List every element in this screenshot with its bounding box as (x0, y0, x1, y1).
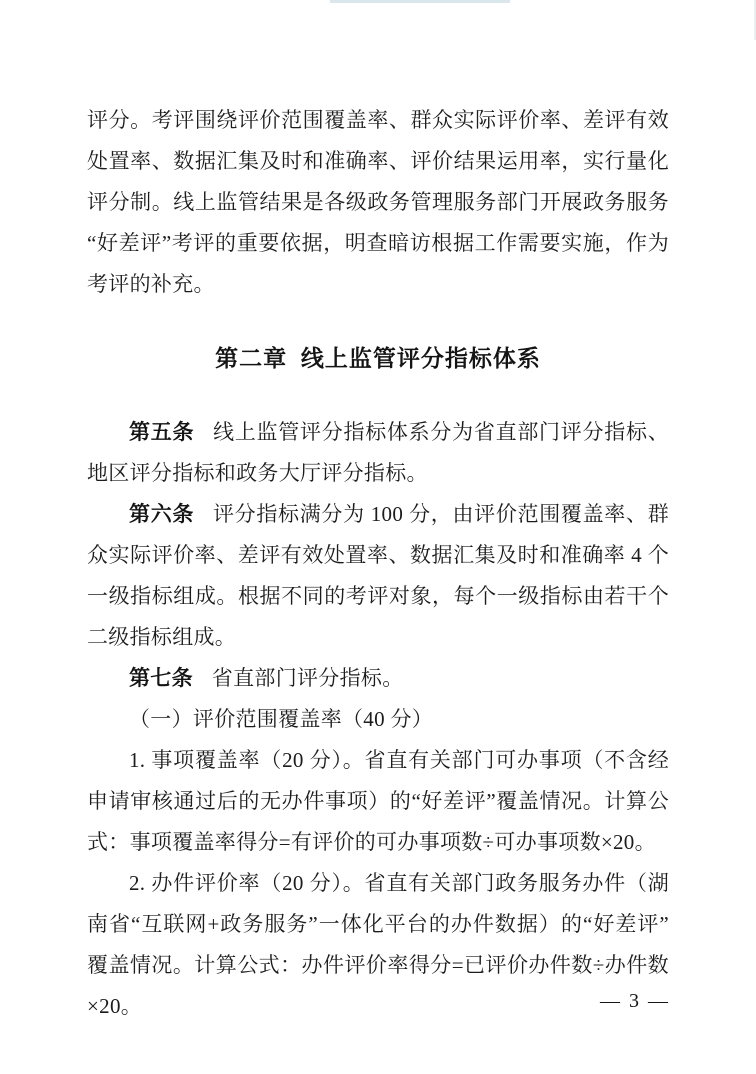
chapter-number: 第二章 (215, 345, 287, 371)
article-7-label: 第七条 (129, 667, 193, 690)
article-6-label: 第六条 (129, 503, 194, 526)
article-6-paragraph: 第六条评分指标满分为 100 分，由评价范围覆盖率、群众实际评价率、差评有效处置… (87, 494, 669, 658)
article-5-paragraph: 第五条线上监管评分指标体系分为省直部门评分指标、地区评分指标和政务大厅评分指标。 (87, 412, 669, 494)
scan-artifact-top-edge (330, 0, 510, 3)
scanned-document-page: 评分。考评围绕评价范围覆盖率、群众实际评价率、差评有效处置率、数据汇集及时和准确… (0, 0, 756, 1074)
page-number: — 3 — (600, 990, 670, 1013)
numbered-item-2: 2. 办件评价率（20 分）。省直有关部门政务服务办件（湖南省“互联网+政务服务… (87, 863, 669, 1027)
article-7-paragraph: 第七条省直部门评分指标。 (87, 658, 669, 699)
chapter-title: 线上监管评分指标体系 (301, 345, 541, 371)
document-body: 评分。考评围绕评价范围覆盖率、群众实际评价率、差评有效处置率、数据汇集及时和准确… (87, 100, 669, 1027)
numbered-item-1: 1. 事项覆盖率（20 分）。省直有关部门可办事项（不含经申请审核通过后的无办件… (87, 740, 669, 863)
section-item-paragraph: （一）评价范围覆盖率（40 分） (87, 699, 669, 740)
intro-paragraph: 评分。考评围绕评价范围覆盖率、群众实际评价率、差评有效处置率、数据汇集及时和准确… (87, 100, 669, 305)
article-5-label: 第五条 (129, 421, 194, 444)
chapter-heading: 第二章线上监管评分指标体系 (87, 341, 669, 376)
article-7-text: 省直部门评分指标。 (212, 666, 404, 690)
